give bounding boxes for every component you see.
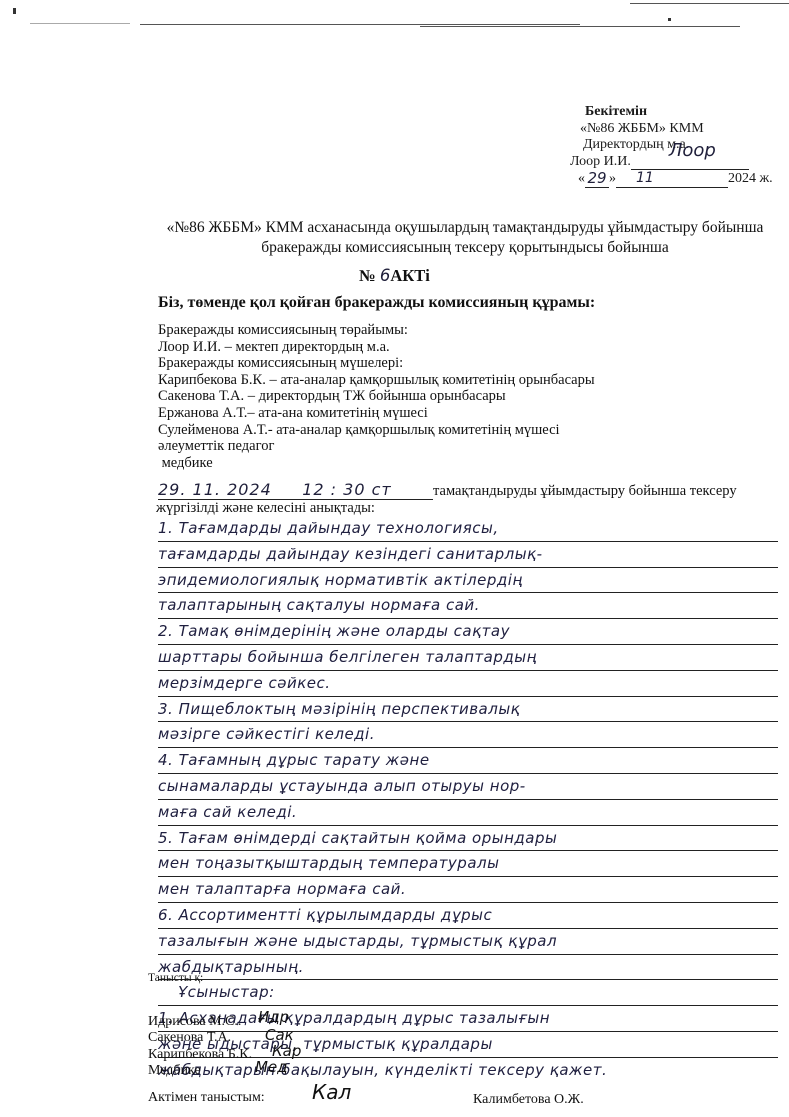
approval-date-month: 11 bbox=[616, 170, 728, 188]
scan-artifact-line bbox=[420, 26, 740, 27]
approval-heading: Бекітемін bbox=[570, 104, 773, 121]
act-number-prefix: № bbox=[359, 266, 376, 285]
title-line-2: бракеражды комиссиясының тексеру қорытын… bbox=[145, 238, 785, 258]
inspection-datetime: 29. 11. 2024 12 : 30 ст bbox=[158, 482, 433, 500]
finding-line: 3. Пищеблоктың мәзірінің перспективалық bbox=[158, 697, 778, 723]
finding-line: жабдықтарының. bbox=[158, 955, 778, 981]
finding-line: сынамаларды ұстауында алып отыруы нор- bbox=[158, 774, 778, 800]
finding-line: Ұсыныстар: bbox=[158, 980, 778, 1006]
act-number-heading: № 6АКТі bbox=[0, 266, 789, 286]
signer-name: Карипбекова Б.К. bbox=[148, 1047, 252, 1062]
act-label: АКТі bbox=[390, 266, 429, 285]
signer-name: Идрисова М.С.. bbox=[148, 1014, 241, 1029]
scan-artifact-dot bbox=[668, 18, 671, 21]
finding-line: мерзімдерге сәйкес. bbox=[158, 671, 778, 697]
chair: Лоор И.И. – мектеп директордың м.а. bbox=[158, 339, 595, 356]
finding-line: тазалығын және ыдыстарды, тұрмыстық құра… bbox=[158, 929, 778, 955]
scan-artifact-line bbox=[630, 3, 789, 4]
signer-name: Медбике bbox=[148, 1063, 201, 1078]
title-line-1: «№86 ЖББМ» КММ асханасында оқушылардың т… bbox=[145, 218, 785, 238]
document-title: «№86 ЖББМ» КММ асханасында оқушылардың т… bbox=[145, 218, 785, 258]
scan-artifact-line bbox=[30, 23, 130, 24]
inspection-text: тамақтандыруды ұйымдастыру бойынша тексе… bbox=[433, 483, 737, 499]
inspection-text-line2: жүргізілді және келесіні анықтады: bbox=[156, 500, 783, 517]
finding-line: эпидемиологиялық нормативтік актілердің bbox=[158, 568, 778, 594]
signer-row: Сакенова Т.А. bbox=[148, 1030, 252, 1046]
acknowledgement-label: Танысты қ: bbox=[148, 972, 203, 984]
finding-line: мен тоңазытқыштардың температуралы bbox=[158, 851, 778, 877]
member: Сакенова Т.А. – директордың ТЖ бойынша о… bbox=[158, 388, 595, 405]
act-ack-label: Актімен таныстым: bbox=[148, 1090, 265, 1106]
act-ack-name: Калимбетова О.Ж. bbox=[473, 1092, 584, 1108]
finding-line: 5. Тағам өнімдерді сақтайтын қойма орынд… bbox=[158, 826, 778, 852]
member: әлеуметтік педагог bbox=[158, 438, 595, 455]
finding-line: мәзірге сәйкестігі келеді. bbox=[158, 722, 778, 748]
act-number: 6 bbox=[380, 266, 391, 285]
signer-name: Сакенова Т.А. bbox=[148, 1030, 231, 1045]
approval-block: Бекітемін «№86 ЖББМ» КММ Директордың м.а… bbox=[570, 104, 773, 188]
inspection-intro: 29. 11. 2024 12 : 30 сттамақтандыруды ұй… bbox=[158, 482, 783, 516]
act-ack-signature: Кал bbox=[312, 1080, 351, 1104]
signature-scrawl: Идр bbox=[258, 1008, 289, 1026]
finding-line: мен талаптарға нормаға сай. bbox=[158, 877, 778, 903]
approval-org: «№86 ЖББМ» КММ bbox=[570, 121, 773, 138]
findings-handwritten: 1. Тағамдарды дайындау технологиясы, тағ… bbox=[158, 516, 778, 1083]
composition-heading: Біз, төменде қол қойған бракеражды комис… bbox=[158, 294, 595, 312]
finding-line: 2. Тамақ өнімдерінің және оларды сақтау bbox=[158, 619, 778, 645]
finding-line: маға сай келеді. bbox=[158, 800, 778, 826]
finding-line: 4. Тағамның дұрыс тарату және bbox=[158, 748, 778, 774]
member: Ержанова А.Т.– ата-ана комитетінің мүшес… bbox=[158, 405, 595, 422]
scan-artifact-dot bbox=[13, 8, 16, 14]
member: Карипбекова Б.К. – ата-аналар қамқоршылы… bbox=[158, 372, 595, 389]
approval-date-row: «29»112024 ж. bbox=[570, 170, 773, 188]
approval-signature-row: Лоор И.И.Лоор bbox=[570, 154, 773, 171]
approval-date-year: 2024 ж. bbox=[728, 171, 773, 186]
approval-signature-line: Лоор bbox=[631, 155, 749, 170]
approval-date-day: 29 bbox=[585, 170, 609, 188]
signer-row: Карипбекова Б.К. bbox=[148, 1047, 252, 1063]
commission-list: Бракеражды комиссиясының төрайымы: Лоор … bbox=[158, 322, 595, 471]
chair-label: Бракеражды комиссиясының төрайымы: bbox=[158, 322, 595, 339]
signature-scrawl: Мед bbox=[255, 1058, 288, 1076]
scan-artifact-line bbox=[140, 24, 580, 25]
finding-line: 6. Ассортиментті құрылымдарды дұрыс bbox=[158, 903, 778, 929]
signers-list: Идрисова М.С.. Сакенова Т.А. Карипбекова… bbox=[148, 1014, 252, 1079]
member: Сулейменова А.Т.- ата-аналар қамқоршылық… bbox=[158, 422, 595, 439]
approval-name: Лоор И.И. bbox=[570, 154, 631, 169]
finding-line: тағамдарды дайындау кезіндегі санитарлық… bbox=[158, 542, 778, 568]
signer-row: Медбике bbox=[148, 1063, 252, 1079]
finding-line: 1. Тағамдарды дайындау технологиясы, bbox=[158, 516, 778, 542]
finding-line: шарттары бойынша белгілеген талаптардың bbox=[158, 645, 778, 671]
approval-signature: Лоор bbox=[669, 143, 716, 160]
member: медбике bbox=[158, 455, 595, 472]
members-label: Бракеражды комиссиясының мүшелері: bbox=[158, 355, 595, 372]
finding-line: талаптарының сақталуы нормаға сай. bbox=[158, 593, 778, 619]
signer-row: Идрисова М.С.. bbox=[148, 1014, 252, 1030]
